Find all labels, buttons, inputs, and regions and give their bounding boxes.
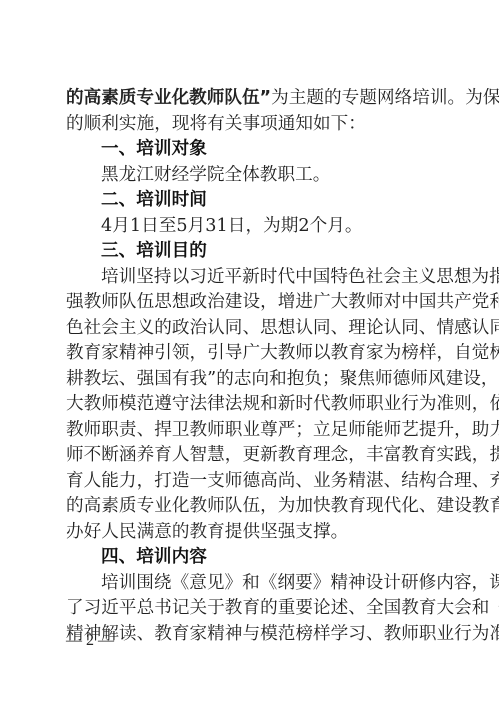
section-text: 办好人民满意的教育提供坚强支撑。 xyxy=(66,520,440,546)
section-heading-purpose: 三、培训目的 xyxy=(66,239,440,265)
section-text: 师不断涵养育人智慧，更新教育理念，丰富教育实践，提升教书 xyxy=(66,443,440,469)
section-text: 强教师队伍思想政治建设，增进广大教师对中国共产党和中国特 xyxy=(66,290,440,316)
document-body: 的高素质专业化教师队伍”为主题的专题网络培训。为保证培训 的顺利实施，现将有关事… xyxy=(66,86,440,647)
section-text: 大教师模范遵守法律法规和新时代教师职业行为准则，依法履行 xyxy=(66,392,440,418)
section-text: 培训围绕《意见》和《纲要》精神设计研修内容，课程涵盖 xyxy=(66,571,440,597)
section-text: 教育家精神引领，引导广大教师以教育家为榜样，自觉树立“躬 xyxy=(66,341,440,367)
section-text: 培训坚持以习近平新时代中国特色社会主义思想为指导，加 xyxy=(66,265,440,291)
section-text: 教师职责、捍卫教师职业尊严；立足师能师艺提升，助力广大教 xyxy=(66,418,440,444)
section-text: 耕教坛、强国有我”的志向和抱负；聚焦师德师风建设，引导广 xyxy=(66,367,440,393)
section-text: 4月1日至5月31日，为期2个月。 xyxy=(66,214,440,240)
section-text: 色社会主义的政治认同、思想认同、理论认同、情感认同；强化 xyxy=(66,316,440,342)
intro-text: 为主题的专题网络培训。为保证培训 xyxy=(271,88,499,108)
section-text: 黑龙江财经学院全体教职工。 xyxy=(66,163,440,189)
section-text: 了习近平总书记关于教育的重要论述、全国教育大会和《纲要》 xyxy=(66,596,440,622)
section-heading-audience: 一、培训对象 xyxy=(66,137,440,163)
section-heading-time: 二、培训时间 xyxy=(66,188,440,214)
section-text: 的高素质专业化教师队伍，为加快教育现代化、建设教育强国、 xyxy=(66,494,440,520)
section-heading-content: 四、培训内容 xyxy=(66,545,440,571)
intro-bold-text: 的高素质专业化教师队伍” xyxy=(66,88,271,108)
page-number: — 2 — xyxy=(66,632,114,650)
section-text: 育人能力，打造一支师德高尚、业务精湛、结构合理、充满活力 xyxy=(66,469,440,495)
intro-line-2: 的顺利实施，现将有关事项通知如下： xyxy=(66,112,440,138)
document-page: 的高素质专业化教师队伍”为主题的专题网络培训。为保证培训 的顺利实施，现将有关事… xyxy=(0,0,499,707)
intro-line-1: 的高素质专业化教师队伍”为主题的专题网络培训。为保证培训 xyxy=(66,86,440,112)
section-text: 精神解读、教育家精神与模范榜样学习、教师职业行为准则与警 xyxy=(66,622,440,648)
